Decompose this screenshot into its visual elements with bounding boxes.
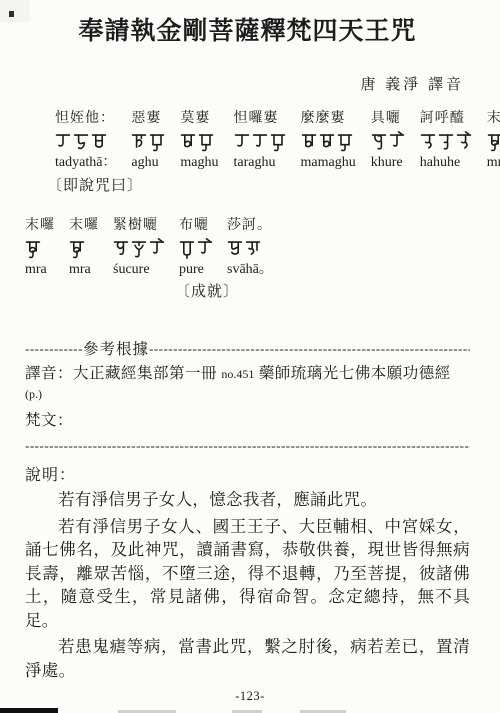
romanization: maghu — [180, 154, 218, 171]
chinese-syllables: 訶呼醯 — [420, 110, 465, 128]
scan-artifact-bottom-bar — [0, 708, 58, 713]
chinese-syllables: 怛姪他： — [55, 110, 115, 128]
chinese-syllables: 緊樹囇 — [113, 217, 158, 235]
mantra-column: 惡寠aghu — [131, 110, 165, 171]
siddham-ta-glyph — [234, 131, 250, 152]
siddham-glyphs — [420, 131, 472, 153]
page-ref: (p.) — [25, 387, 42, 401]
siddham-glyphs — [25, 238, 41, 260]
romanization: taraghu — [234, 154, 276, 171]
siddham-mra-glyph — [25, 238, 41, 259]
chinese-syllables: 具囇 — [371, 110, 401, 128]
siddham-ha-glyph — [420, 131, 436, 152]
siddham-mra-glyph — [487, 131, 500, 152]
siddham-ghu-glyph — [149, 131, 165, 152]
source-label: 譯音： — [25, 365, 73, 382]
catalog-number: no.451 — [221, 367, 254, 381]
siddham-glyphs — [227, 238, 261, 260]
siddham-haa-glyph — [245, 238, 261, 259]
mantra-section-2: 末囉mra末囉mra緊樹囇śucure布囇pure莎訶。svāhā。 — [25, 217, 470, 278]
sanskrit-source-line: 梵文： — [25, 411, 470, 431]
siddham-ghu-glyph — [337, 131, 353, 152]
chinese-syllables: 莫寠 — [180, 110, 210, 128]
mantra-column: 怛囉寠taraghu — [234, 110, 286, 171]
siddham-glyphs — [69, 238, 85, 260]
mantra-column: 末囉mra — [25, 217, 55, 278]
chinese-syllables: 莎訶。 — [227, 217, 272, 235]
romanization: mamaghu — [301, 154, 356, 171]
romanization: hahuhe — [420, 154, 460, 171]
siddham-re-glyph — [149, 238, 165, 259]
siddham-glyphs — [487, 131, 500, 153]
siddham-glyphs — [131, 131, 165, 153]
page-title: 奉請執金剛菩薩釋梵四天王咒 — [25, 16, 470, 47]
mantra-section-1: 怛姪他：tadyathā：惡寠aghu莫寠maghu怛囉寠taraghu麼麼寠m… — [55, 110, 470, 171]
siddham-sva-glyph — [227, 238, 243, 259]
siddham-glyphs — [234, 131, 286, 153]
mantra-column: 莫寠maghu — [180, 110, 218, 171]
mantra-column: 訶呼醯hahuhe — [420, 110, 472, 171]
romanization: mra — [69, 261, 91, 278]
siddham-cu-glyph — [131, 238, 147, 259]
siddham-re-glyph — [389, 131, 405, 152]
mantra-column: 末囉mra — [487, 110, 500, 171]
romanization: svāhā。 — [227, 261, 273, 278]
siddham-glyphs — [113, 238, 165, 260]
siddham-he-glyph — [456, 131, 472, 152]
siddham-khu-glyph — [371, 131, 387, 152]
scan-artifact-speck — [9, 11, 14, 17]
explanation-paragraph: 若有淨信男子女人，憶念我者，應誦此咒。 — [25, 488, 470, 512]
siddham-pu-glyph — [179, 238, 195, 259]
dash-rule-left: ------------ — [25, 341, 83, 356]
siddham-re-glyph — [197, 238, 213, 259]
explanation-label: 說明： — [25, 462, 470, 485]
siddham-shu-glyph — [113, 238, 129, 259]
source-title: 藥師琉璃光七佛本願功德經 — [254, 365, 450, 382]
dash-rule-right: ----------------------------------------… — [149, 341, 470, 356]
siddham-hu-glyph — [438, 131, 454, 152]
siddham-glyphs — [371, 131, 405, 153]
siddham-mra-glyph — [69, 238, 85, 259]
siddham-tha-glyph — [91, 131, 107, 152]
explanation-paragraph: 若有淨信男子女人、國王王子、大臣輔相、中宮婇女，誦七佛名，及此神咒，讀誦書寫，恭… — [25, 515, 470, 633]
siddham-ma-glyph — [180, 131, 196, 152]
romanization: aghu — [131, 154, 158, 171]
mantra-column: 緊樹囇śucure — [113, 217, 165, 278]
siddham-a-glyph — [131, 131, 147, 152]
section-divider: ----------------------------------------… — [25, 439, 470, 452]
mantra-column: 怛姪他：tadyathā： — [55, 110, 116, 171]
page-number: -123- — [0, 689, 500, 704]
romanization: khure — [371, 154, 403, 171]
chinese-syllables: 惡寠 — [131, 110, 161, 128]
reference-header-label: 參考根據 — [83, 341, 149, 357]
chant-instruction-note: 〔即說咒曰〕 — [47, 174, 470, 195]
document-page: 奉請執金剛菩薩釋梵四天王咒 唐 義淨 譯音 怛姪他：tadyathā：惡寠agh… — [0, 0, 500, 713]
mantra-column: 麼麼寠mamaghu — [301, 110, 356, 171]
siddham-ghu-glyph — [198, 131, 214, 152]
romanization: śucure — [113, 261, 150, 278]
siddham-ta-glyph — [55, 131, 71, 152]
chinese-syllables: 末囉 — [69, 217, 99, 235]
siddham-ghu-glyph — [270, 131, 286, 152]
romanization: pure — [179, 261, 204, 278]
explanation-paragraph: 若患鬼瘧等病，當書此咒，繫之肘後，病若差已，置清淨處。 — [25, 635, 470, 682]
siddham-glyphs — [179, 238, 213, 260]
siddham-dya-glyph — [73, 131, 89, 152]
chinese-syllables: 末囉 — [25, 217, 55, 235]
mantra-column: 莎訶。svāhā。 — [227, 217, 273, 278]
accomplishment-note: 〔成就〕 — [175, 280, 470, 301]
chinese-syllables: 怛囉寠 — [234, 110, 279, 128]
siddham-ra-glyph — [252, 131, 268, 152]
siddham-glyphs — [55, 131, 107, 153]
romanization: tadyathā： — [55, 154, 116, 171]
reference-header: ------------參考根據------------------------… — [25, 341, 470, 357]
siddham-glyphs — [180, 131, 214, 153]
chinese-syllables: 麼麼寠 — [301, 110, 346, 128]
chinese-syllables: 布囇 — [179, 217, 209, 235]
mantra-column: 末囉mra — [69, 217, 99, 278]
source-text: 大正藏經集部第一冊 — [73, 365, 221, 382]
translator-line: 唐 義淨 譯音 — [25, 73, 470, 94]
siddham-ma-glyph — [319, 131, 335, 152]
romanization: mra — [25, 261, 47, 278]
siddham-glyphs — [301, 131, 353, 153]
mantra-column: 布囇pure — [179, 217, 213, 278]
siddham-ma-glyph — [301, 131, 317, 152]
romanization: mra — [487, 154, 500, 171]
mantra-column: 具囇khure — [371, 110, 405, 171]
chinese-syllables: 末囉 — [487, 110, 500, 128]
scan-artifact-corner — [0, 0, 30, 22]
reference-source-line: 譯音：大正藏經集部第一冊 no.451 藥師琉璃光七佛本願功德經 (p.) — [25, 364, 470, 404]
